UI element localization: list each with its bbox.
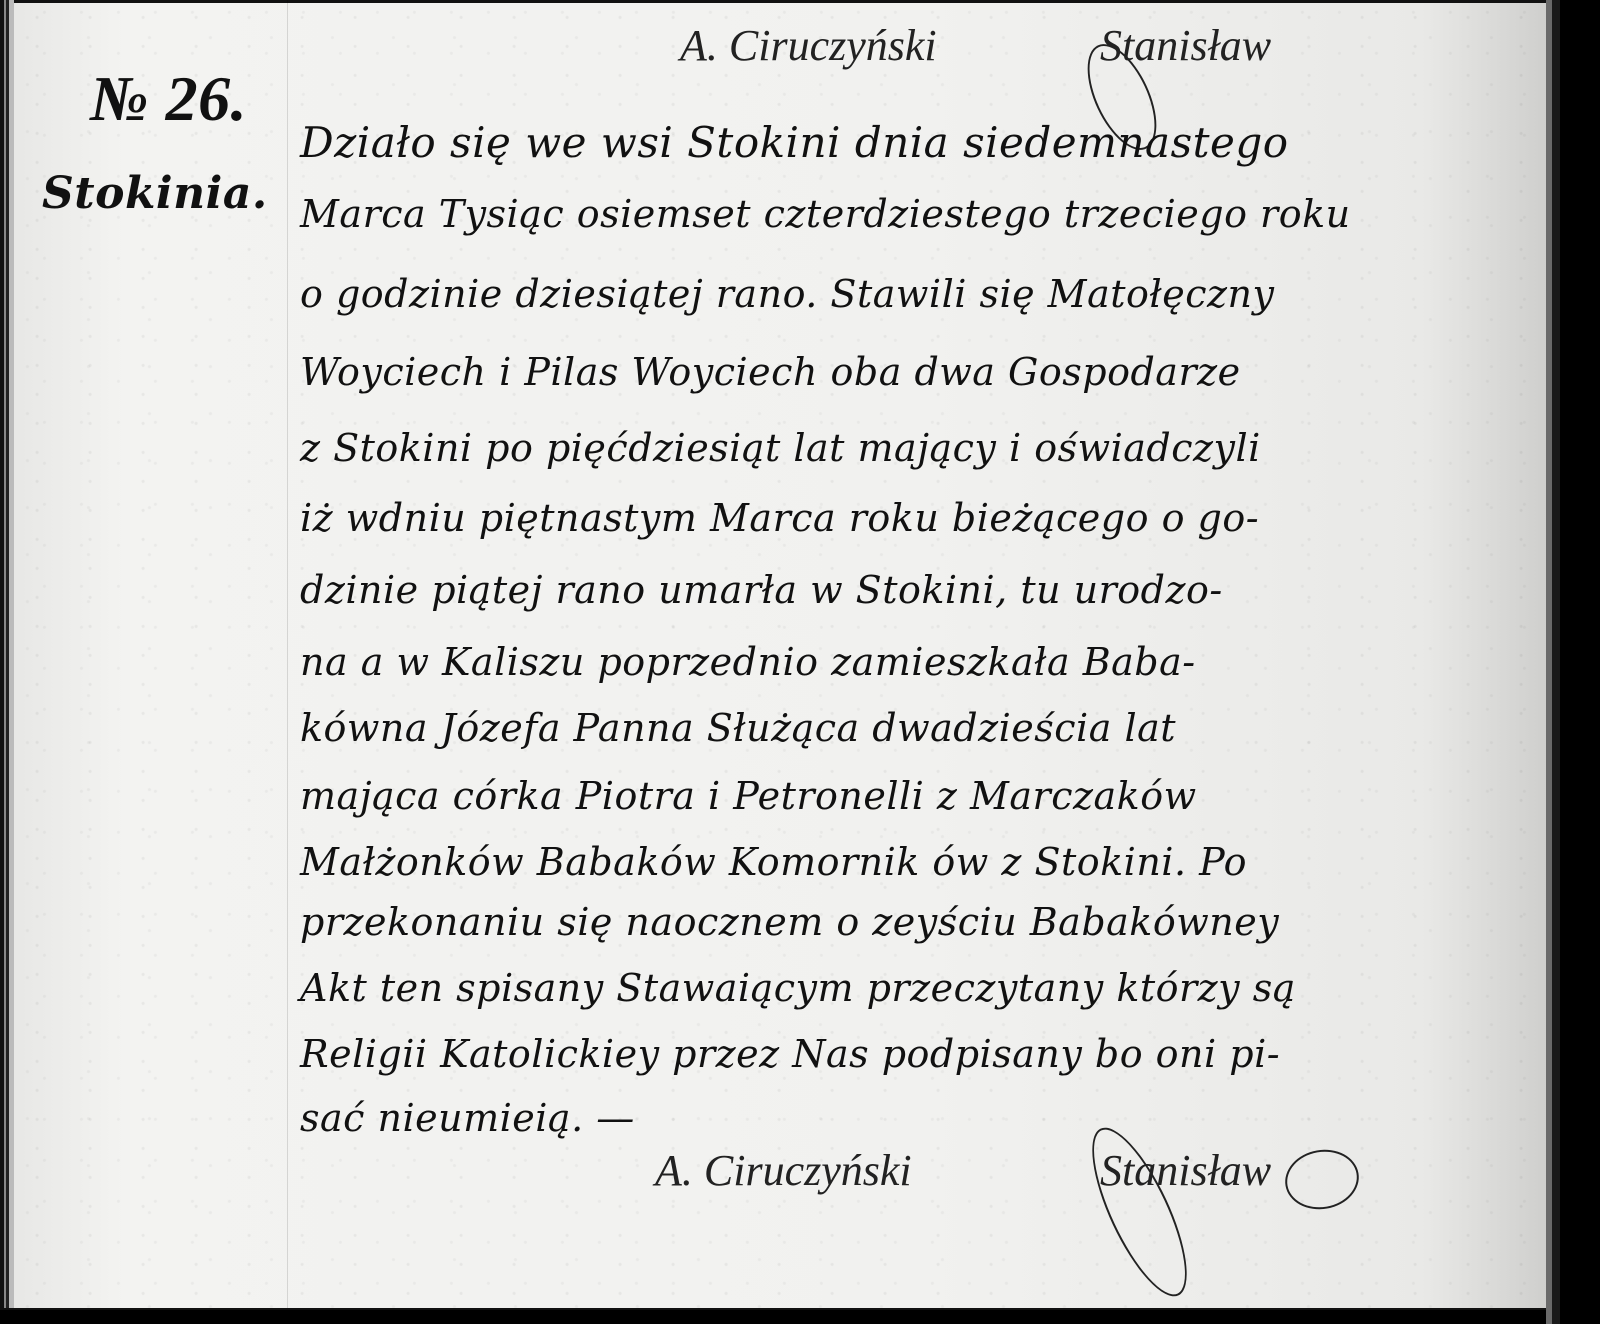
record-line: kówna Józefa Panna Służąca dwadzieścia l…: [300, 706, 1176, 750]
signature-witness-top: Stanisław: [1100, 20, 1271, 71]
signature-witness-bottom: Stanisław: [1100, 1145, 1271, 1196]
record-line: z Stokini po pięćdziesiąt lat mający i o…: [300, 426, 1261, 470]
margin-rule: [287, 0, 288, 1308]
page-top-edge: [0, 0, 1546, 3]
record-line: Woyciech i Pilas Woyciech oba dwa Gospod…: [300, 350, 1241, 394]
record-line: dzinie piątej rano umarła w Stokini, tu …: [300, 568, 1223, 612]
record-line: Religii Katolickiey przez Nas podpisany …: [300, 1032, 1280, 1076]
record-line: Małżonków Babaków Komornik ów z Stokini.…: [300, 840, 1247, 884]
record-line: mająca córka Piotra i Petronelli z Marcz…: [300, 774, 1197, 818]
entry-number: № 26.: [90, 62, 247, 136]
entry-place: Stokinia.: [42, 168, 268, 219]
record-line: Działo się we wsi Stokini dnia siedemnas…: [300, 118, 1289, 167]
record-line: na a w Kaliszu poprzednio zamieszkała Ba…: [300, 640, 1196, 684]
record-line: iż wdniu piętnastym Marca roku bieżącego…: [300, 496, 1259, 540]
record-line: Akt ten spisany Stawaiącym przeczytany k…: [300, 966, 1296, 1010]
signature-priest-bottom: A. Ciruczyński: [655, 1145, 912, 1196]
signature-priest-top: A. Ciruczyński: [680, 20, 937, 71]
record-line: o godzinie dziesiątej rano. Stawili się …: [300, 272, 1274, 316]
book-binding-edge: [0, 0, 14, 1308]
record-line: sać nieumieią. —: [300, 1096, 635, 1140]
document-page: A. Ciruczyński Stanisław № 26. Stokinia.…: [0, 0, 1546, 1310]
record-line: przekonaniu się naocznem o zeyściu Babak…: [300, 900, 1279, 944]
record-line: Marca Tysiąc osiemset czterdziestego trz…: [300, 192, 1351, 236]
signature-end-flourish: [1280, 1144, 1363, 1215]
book-page-edge: [1546, 0, 1600, 1324]
